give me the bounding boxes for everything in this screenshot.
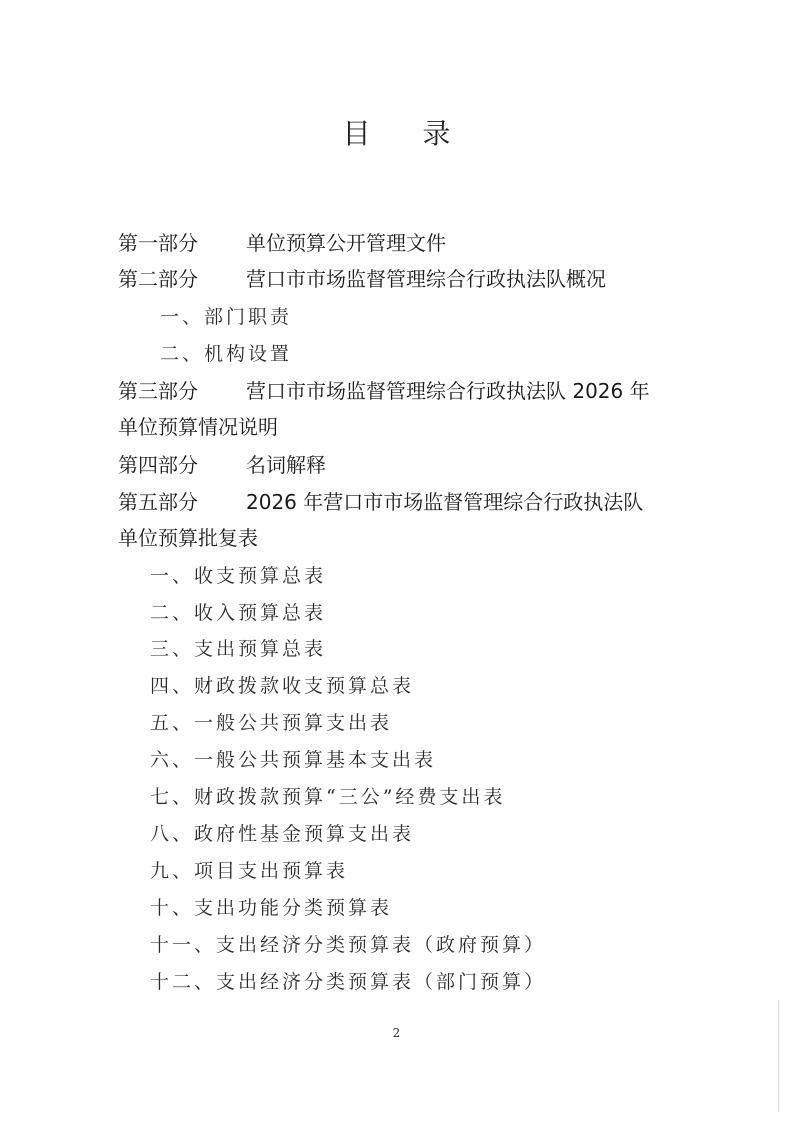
toc-part-4[interactable]: 第四部分名词解释 <box>118 452 326 478</box>
toc-subitem[interactable]: 二、机构设置 <box>160 341 292 367</box>
toc-part-title-continuation[interactable]: 单位预算情况说明 <box>118 414 278 440</box>
toc-subitem[interactable]: 五、一般公共预算支出表 <box>150 710 392 736</box>
toc-subitem[interactable]: 七、财政拨款预算“三公”经费支出表 <box>150 784 505 810</box>
toc-part-label: 第三部分 <box>118 378 246 404</box>
toc-part-1[interactable]: 第一部分单位预算公开管理文件 <box>118 230 446 256</box>
toc-part-title: 营口市市场监督管理综合行政执法队概况 <box>246 266 606 292</box>
toc-subitem[interactable]: 九、项目支出预算表 <box>150 858 348 884</box>
toc-part-label: 第五部分 <box>118 489 246 515</box>
page-title: 目录 <box>0 112 793 152</box>
toc-part-title: 名词解释 <box>246 452 326 478</box>
toc-part-label: 第一部分 <box>118 230 246 256</box>
toc-part-3[interactable]: 第三部分营口市市场监督管理综合行政执法队 2026 年 <box>118 378 650 404</box>
toc-part-title: 营口市市场监督管理综合行政执法队 2026 年 <box>246 378 650 404</box>
toc-subitem[interactable]: 六、一般公共预算基本支出表 <box>150 747 436 773</box>
toc-part-5[interactable]: 第五部分2026 年营口市市场监督管理综合行政执法队 <box>118 489 643 515</box>
toc-part-label: 第二部分 <box>118 266 246 292</box>
toc-part-title-continuation[interactable]: 单位预算批复表 <box>118 525 258 551</box>
scan-artifact-line <box>778 1000 779 1112</box>
toc-subitem[interactable]: 十一、支出经济分类预算表（政府预算） <box>150 932 546 958</box>
toc-subitem[interactable]: 十、支出功能分类预算表 <box>150 895 392 921</box>
toc-subitem[interactable]: 一、部门职责 <box>160 304 292 330</box>
toc-subitem[interactable]: 二、收入预算总表 <box>150 600 326 626</box>
toc-part-label: 第四部分 <box>118 452 246 478</box>
toc-subitem[interactable]: 一、收支预算总表 <box>150 563 326 589</box>
toc-subitem[interactable]: 八、政府性基金预算支出表 <box>150 821 414 847</box>
toc-part-2[interactable]: 第二部分营口市市场监督管理综合行政执法队概况 <box>118 266 606 292</box>
page-number: 2 <box>0 1026 793 1040</box>
toc-subitem[interactable]: 四、财政拨款收支预算总表 <box>150 673 414 699</box>
toc-part-title: 单位预算公开管理文件 <box>246 230 446 256</box>
toc-part-title: 2026 年营口市市场监督管理综合行政执法队 <box>246 489 643 515</box>
toc-subitem[interactable]: 十二、支出经济分类预算表（部门预算） <box>150 969 546 995</box>
toc-subitem[interactable]: 三、支出预算总表 <box>150 636 326 662</box>
